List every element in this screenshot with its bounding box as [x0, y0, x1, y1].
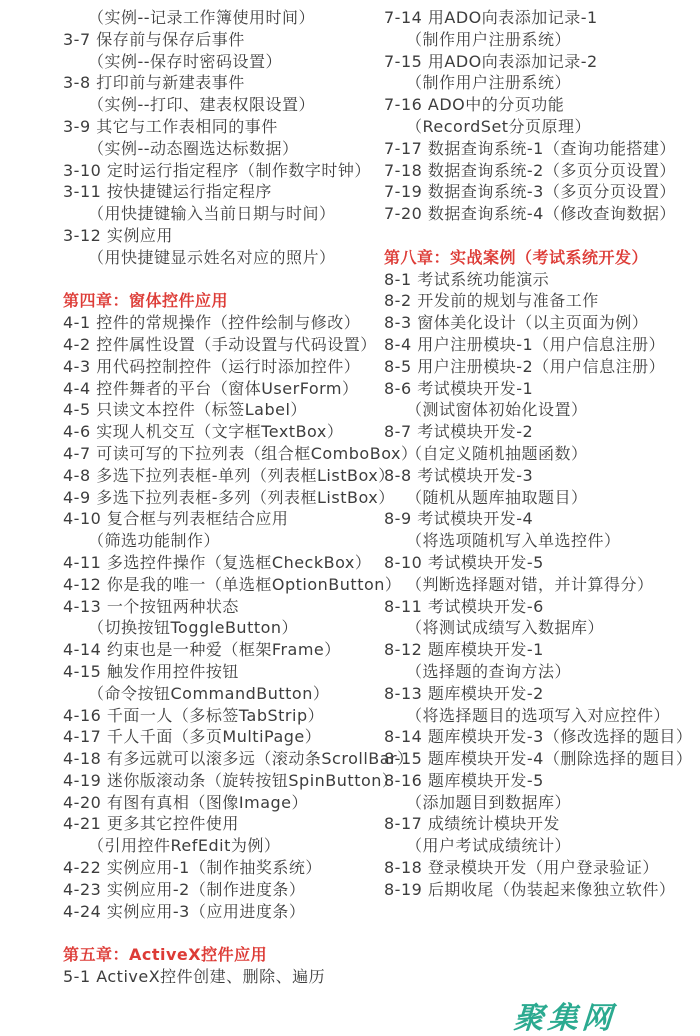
- toc-item-detail: （命令按钮CommandButton）: [63, 683, 363, 705]
- toc-item: 8-3 窗体美化设计（以主页面为例）: [384, 312, 694, 334]
- toc-item: 4-8 多选下拉列表框-单列（列表框ListBox）: [63, 465, 363, 487]
- toc-item: 7-16 ADO中的分页功能: [384, 94, 694, 116]
- toc-item-detail: （将测试成绩写入数据库）: [384, 617, 694, 639]
- toc-item-detail: （将选项随机写入单选控件）: [384, 530, 694, 552]
- toc-item: 4-10 复合框与列表框结合应用: [63, 508, 363, 530]
- toc-item: 8-10 考试模块开发-5: [384, 552, 694, 574]
- toc-item: 4-6 实现人机交互（文字框TextBox）: [63, 421, 363, 443]
- toc-item: 3-12 实例应用: [63, 225, 363, 247]
- toc-item-detail: （用快捷键输入当前日期与时间）: [63, 203, 363, 225]
- toc-item: 8-6 考试模块开发-1: [384, 378, 694, 400]
- toc-page: （实例--记录工作簿使用时间）3-7 保存前与保存后事件（实例--保存时密码设置…: [0, 0, 700, 1036]
- toc-item: 4-9 多选下拉列表框-多列（列表框ListBox）: [63, 487, 363, 509]
- spacer: [384, 225, 694, 247]
- toc-item: 8-7 考试模块开发-2: [384, 421, 694, 443]
- spacer: [63, 269, 363, 291]
- toc-item: 4-5 只读文本控件（标签Label）: [63, 399, 363, 421]
- toc-item-detail: （选择题的查询方法）: [384, 661, 694, 683]
- toc-item-detail: （用快捷键显示姓名对应的照片）: [63, 247, 363, 269]
- toc-item: 4-13 一个按钮两种状态: [63, 596, 363, 618]
- toc-item: 4-20 有图有真相（图像Image）: [63, 792, 363, 814]
- toc-item-detail: （切换按钮ToggleButton）: [63, 617, 363, 639]
- toc-item: 4-14 约束也是一种爱（框架Frame）: [63, 639, 363, 661]
- toc-item: 8-15 题库模块开发-4（删除选择的题目）: [384, 748, 694, 770]
- toc-item: 8-18 登录模块开发（用户登录验证）: [384, 857, 694, 879]
- toc-item: 8-9 考试模块开发-4: [384, 508, 694, 530]
- toc-item: 4-24 实例应用-3（应用进度条）: [63, 901, 363, 923]
- toc-item-detail: （引用控件RefEdit为例）: [63, 835, 363, 857]
- toc-item: 8-13 题库模块开发-2: [384, 683, 694, 705]
- toc-item: 3-11 按快捷键运行指定程序: [63, 181, 363, 203]
- toc-item: 4-15 触发作用控件按钮: [63, 661, 363, 683]
- toc-item-detail: （实例--打印、建表权限设置）: [63, 94, 363, 116]
- toc-item: 7-17 数据查询系统-1（查询功能搭建）: [384, 138, 694, 160]
- toc-item: 8-11 考试模块开发-6: [384, 596, 694, 618]
- toc-item: 4-21 更多其它控件使用: [63, 813, 363, 835]
- toc-item: 7-20 数据查询系统-4（修改查询数据）: [384, 203, 694, 225]
- toc-column-left: （实例--记录工作簿使用时间）3-7 保存前与保存后事件（实例--保存时密码设置…: [63, 7, 363, 988]
- toc-item: 4-18 有多远就可以滚多远（滚动条ScrollBar）: [63, 748, 363, 770]
- toc-item-detail: （RecordSet分页原理）: [384, 116, 694, 138]
- toc-item: 8-12 题库模块开发-1: [384, 639, 694, 661]
- toc-item-detail: （制作用户注册系统）: [384, 72, 694, 94]
- toc-item: 8-5 用户注册模块-2（用户信息注册）: [384, 356, 694, 378]
- toc-item: 3-7 保存前与保存后事件: [63, 29, 363, 51]
- toc-item: 8-8 考试模块开发-3: [384, 465, 694, 487]
- toc-item-detail: （测试窗体初始化设置）: [384, 399, 694, 421]
- toc-item-detail: （筛选功能制作）: [63, 530, 363, 552]
- toc-item: 4-1 控件的常规操作（控件绘制与修改）: [63, 312, 363, 334]
- toc-item: 4-4 控件舞者的平台（窗体UserForm）: [63, 378, 363, 400]
- toc-item: 8-1 考试系统功能演示: [384, 269, 694, 291]
- toc-item: 7-18 数据查询系统-2（多页分页设置）: [384, 160, 694, 182]
- toc-item-detail: （实例--动态圈选达标数据）: [63, 138, 363, 160]
- toc-item: 4-3 用代码控制控件（运行时添加控件）: [63, 356, 363, 378]
- toc-item-detail: （判断选择题对错，并计算得分）: [384, 574, 694, 596]
- spacer: [63, 922, 363, 944]
- toc-item-detail: （用户考试成绩统计）: [384, 835, 694, 857]
- toc-item: 8-14 题库模块开发-3（修改选择的题目）: [384, 726, 694, 748]
- toc-item-detail: （自定义随机抽题函数）: [384, 443, 694, 465]
- toc-item: 7-15 用ADO向表添加记录-2: [384, 51, 694, 73]
- toc-item: 7-19 数据查询系统-3（多页分页设置）: [384, 181, 694, 203]
- toc-item-detail: （制作用户注册系统）: [384, 29, 694, 51]
- toc-item: 5-1 ActiveX控件创建、删除、遍历: [63, 966, 363, 988]
- toc-item: 8-4 用户注册模块-1（用户信息注册）: [384, 334, 694, 356]
- toc-item-detail: （将选择题目的选项写入对应控件）: [384, 705, 694, 727]
- toc-item: 4-12 你是我的唯一（单选框OptionButton）: [63, 574, 363, 596]
- toc-item-detail: （实例--记录工作簿使用时间）: [63, 7, 363, 29]
- toc-item: 3-8 打印前与新建表事件: [63, 72, 363, 94]
- toc-item: 4-17 千人千面（多页MultiPage）: [63, 726, 363, 748]
- toc-item: 3-9 其它与工作表相同的事件: [63, 116, 363, 138]
- toc-item: 4-7 可读可写的下拉列表（组合框ComboBox）: [63, 443, 363, 465]
- chapter-heading: 第四章：窗体控件应用: [63, 290, 363, 312]
- toc-item-detail: （随机从题库抽取题目）: [384, 487, 694, 509]
- toc-item: 4-11 多选控件操作（复选框CheckBox）: [63, 552, 363, 574]
- toc-item: 4-22 实例应用-1（制作抽奖系统）: [63, 857, 363, 879]
- toc-item: 8-2 开发前的规划与准备工作: [384, 290, 694, 312]
- toc-item: 4-2 控件属性设置（手动设置与代码设置）: [63, 334, 363, 356]
- toc-item: 8-16 题库模块开发-5: [384, 770, 694, 792]
- chapter-heading: 第五章：ActiveX控件应用: [63, 944, 363, 966]
- toc-item: 4-23 实例应用-2（制作进度条）: [63, 879, 363, 901]
- toc-item: 3-10 定时运行指定程序（制作数字时钟）: [63, 160, 363, 182]
- toc-item: 8-17 成绩统计模块开发: [384, 813, 694, 835]
- toc-item: 8-19 后期收尾（伪装起来像独立软件）: [384, 879, 694, 901]
- chapter-heading: 第八章：实战案例（考试系统开发）: [384, 247, 694, 269]
- toc-item-detail: （添加题目到数据库）: [384, 792, 694, 814]
- toc-column-right: 7-14 用ADO向表添加记录-1（制作用户注册系统）7-15 用ADO向表添加…: [384, 7, 694, 901]
- toc-item: 4-16 千面一人（多标签TabStrip）: [63, 705, 363, 727]
- toc-item-detail: （实例--保存时密码设置）: [63, 51, 363, 73]
- toc-item: 7-14 用ADO向表添加记录-1: [384, 7, 694, 29]
- juji-site-watermark: 聚集网: [512, 993, 617, 1036]
- toc-item: 4-19 迷你版滚动条（旋转按钮SpinButton）: [63, 770, 363, 792]
